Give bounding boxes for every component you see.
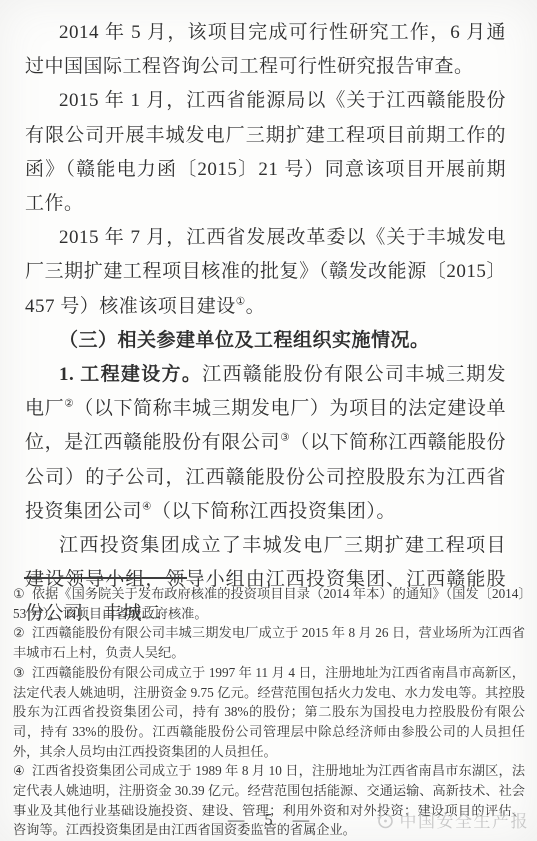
footnote-item: ③江西赣能股份有限公司成立于 1997 年 11 月 4 日，注册地址为江西省南… bbox=[13, 663, 525, 762]
paragraph: （三）相关参建单位及工程组织实施情况。 bbox=[25, 324, 506, 358]
page-number-value: 5 bbox=[264, 810, 272, 830]
text-run: 2015 年 1 月，江西省能源局以《关于江西赣能股份有限公司开展丰城发电厂三期… bbox=[25, 90, 506, 214]
paragraph: 2015 年 7 月，江西省发展改革委以《关于丰城发电厂三期扩建工程项目核准的批… bbox=[25, 221, 506, 324]
footnote-text: 江西赣能股份有限公司成立于 1997 年 11 月 4 日，注册地址为江西省南昌… bbox=[13, 665, 525, 759]
footnote-item: ①依据《国务院关于发布政府核准的投资项目目录（2014 年本）的通知》（国发〔2… bbox=[13, 584, 525, 623]
newspaper-logo-icon bbox=[375, 810, 395, 830]
footnotes-section: ①依据《国务院关于发布政府核准的投资项目目录（2014 年本）的通知》（国发〔2… bbox=[13, 584, 525, 840]
footnote-marker: ② bbox=[13, 625, 25, 640]
footnote-marker: ③ bbox=[13, 665, 25, 680]
watermark-text: 中国安全生产报 bbox=[400, 807, 530, 832]
paragraph: 1. 工程建设方。江西赣能股份有限公司丰城三期发电厂②（以下简称丰城三期发电厂）… bbox=[25, 358, 506, 529]
document-page: 2014 年 5 月，该项目完成可行性研究工作，6 月通过中国国际工程咨询公司工… bbox=[0, 0, 537, 841]
bold-text-run: （三）相关参建单位及工程组织实施情况。 bbox=[59, 330, 430, 351]
footnote-text: 江西赣能股份有限公司丰城三期发电厂成立于 2015 年 8 月 26 日，营业场… bbox=[13, 625, 525, 660]
paragraph: 2015 年 1 月，江西省能源局以《关于江西赣能股份有限公司开展丰城发电厂三期… bbox=[25, 84, 506, 221]
footnote-marker: ① bbox=[13, 586, 25, 601]
text-run: （以下简称江西投资集团）。 bbox=[152, 501, 396, 522]
footnote-item: ②江西赣能股份有限公司丰城三期发电厂成立于 2015 年 8 月 26 日，营业… bbox=[13, 623, 525, 662]
text-run: 。 bbox=[246, 296, 266, 317]
footnote-separator bbox=[24, 577, 187, 579]
footnote-marker: ④ bbox=[13, 763, 25, 778]
text-run: 2015 年 7 月，江西省发展改革委以《关于丰城发电厂三期扩建工程项目核准的批… bbox=[25, 227, 506, 316]
watermark: 中国安全生产报 bbox=[375, 807, 530, 832]
body-text: 2014 年 5 月，该项目完成可行性研究工作，6 月通过中国国际工程咨询公司工… bbox=[25, 16, 506, 632]
footnote-text: 依据《国务院关于发布政府核准的投资项目目录（2014 年本）的通知》（国发〔20… bbox=[13, 586, 525, 621]
page-number-dash-right: — bbox=[293, 810, 310, 830]
bold-text-run: 1. 工程建设方。 bbox=[59, 364, 202, 385]
page-footer: — 5 — 中国安全生产报 bbox=[0, 806, 537, 836]
paragraph: 2014 年 5 月，该项目完成可行性研究工作，6 月通过中国国际工程咨询公司工… bbox=[25, 16, 506, 84]
text-run: 2014 年 5 月，该项目完成可行性研究工作，6 月通过中国国际工程咨询公司工… bbox=[25, 22, 506, 77]
footnote-reference: ④ bbox=[142, 502, 152, 513]
footnote-reference: ③ bbox=[280, 433, 290, 444]
footnote-reference: ① bbox=[236, 296, 246, 307]
page-number-dash-left: — bbox=[228, 810, 245, 830]
footnote-reference: ② bbox=[64, 399, 74, 410]
